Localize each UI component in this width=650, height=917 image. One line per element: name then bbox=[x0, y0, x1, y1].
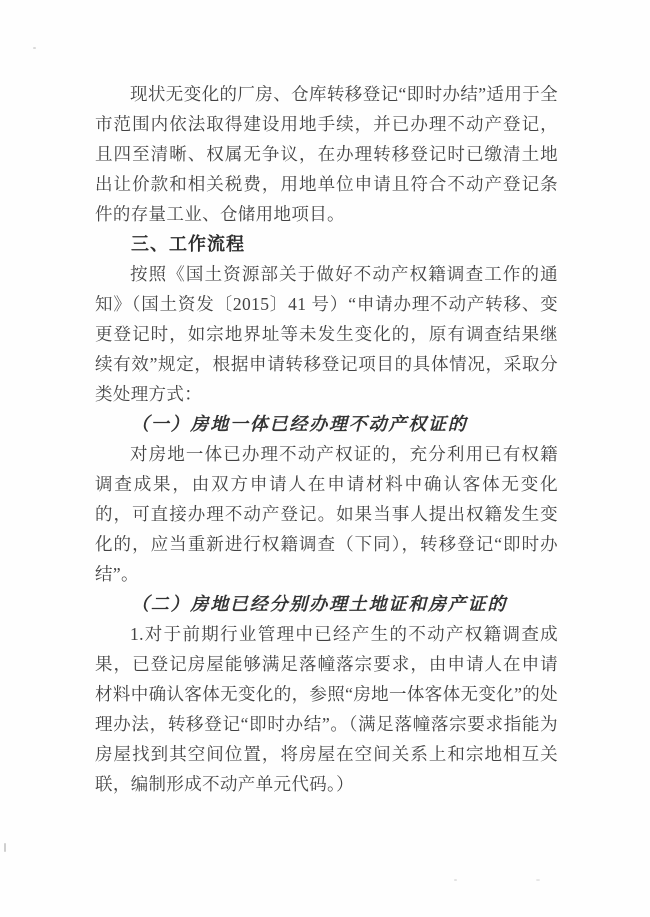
paragraph: 现状无变化的厂房、仓库转移登记“即时办结”适用于全市范围内依法取得建设用地手续，… bbox=[95, 79, 558, 229]
scan-artifact bbox=[4, 843, 6, 852]
scanned-document-page: 现状无变化的厂房、仓库转移登记“即时办结”适用于全市范围内依法取得建设用地手续，… bbox=[0, 0, 650, 917]
paragraph: 按照《国土资源部关于做好不动产权籍调查工作的通知》（国土资发〔2015〕41 号… bbox=[95, 259, 558, 409]
section-heading: 三、工作流程 bbox=[95, 229, 558, 259]
paragraph: 1.对于前期行业管理中已经产生的不动产权籍调查成果，已登记房屋能够满足落幢落宗要… bbox=[95, 619, 558, 799]
subsection-heading: （二）房地已经分别办理土地证和房产证的 bbox=[95, 589, 558, 619]
document-body: 现状无变化的厂房、仓库转移登记“即时办结”适用于全市范围内依法取得建设用地手续，… bbox=[95, 79, 558, 799]
scan-artifact bbox=[536, 879, 540, 881]
paragraph: 对房地一体已办理不动产权证的，充分利用已有权籍调查成果，由双方申请人在申请材料中… bbox=[95, 439, 558, 589]
scan-artifact bbox=[454, 879, 457, 881]
subsection-heading: （一）房地一体已经办理不动产权证的 bbox=[95, 409, 558, 439]
scan-artifact bbox=[33, 47, 36, 49]
